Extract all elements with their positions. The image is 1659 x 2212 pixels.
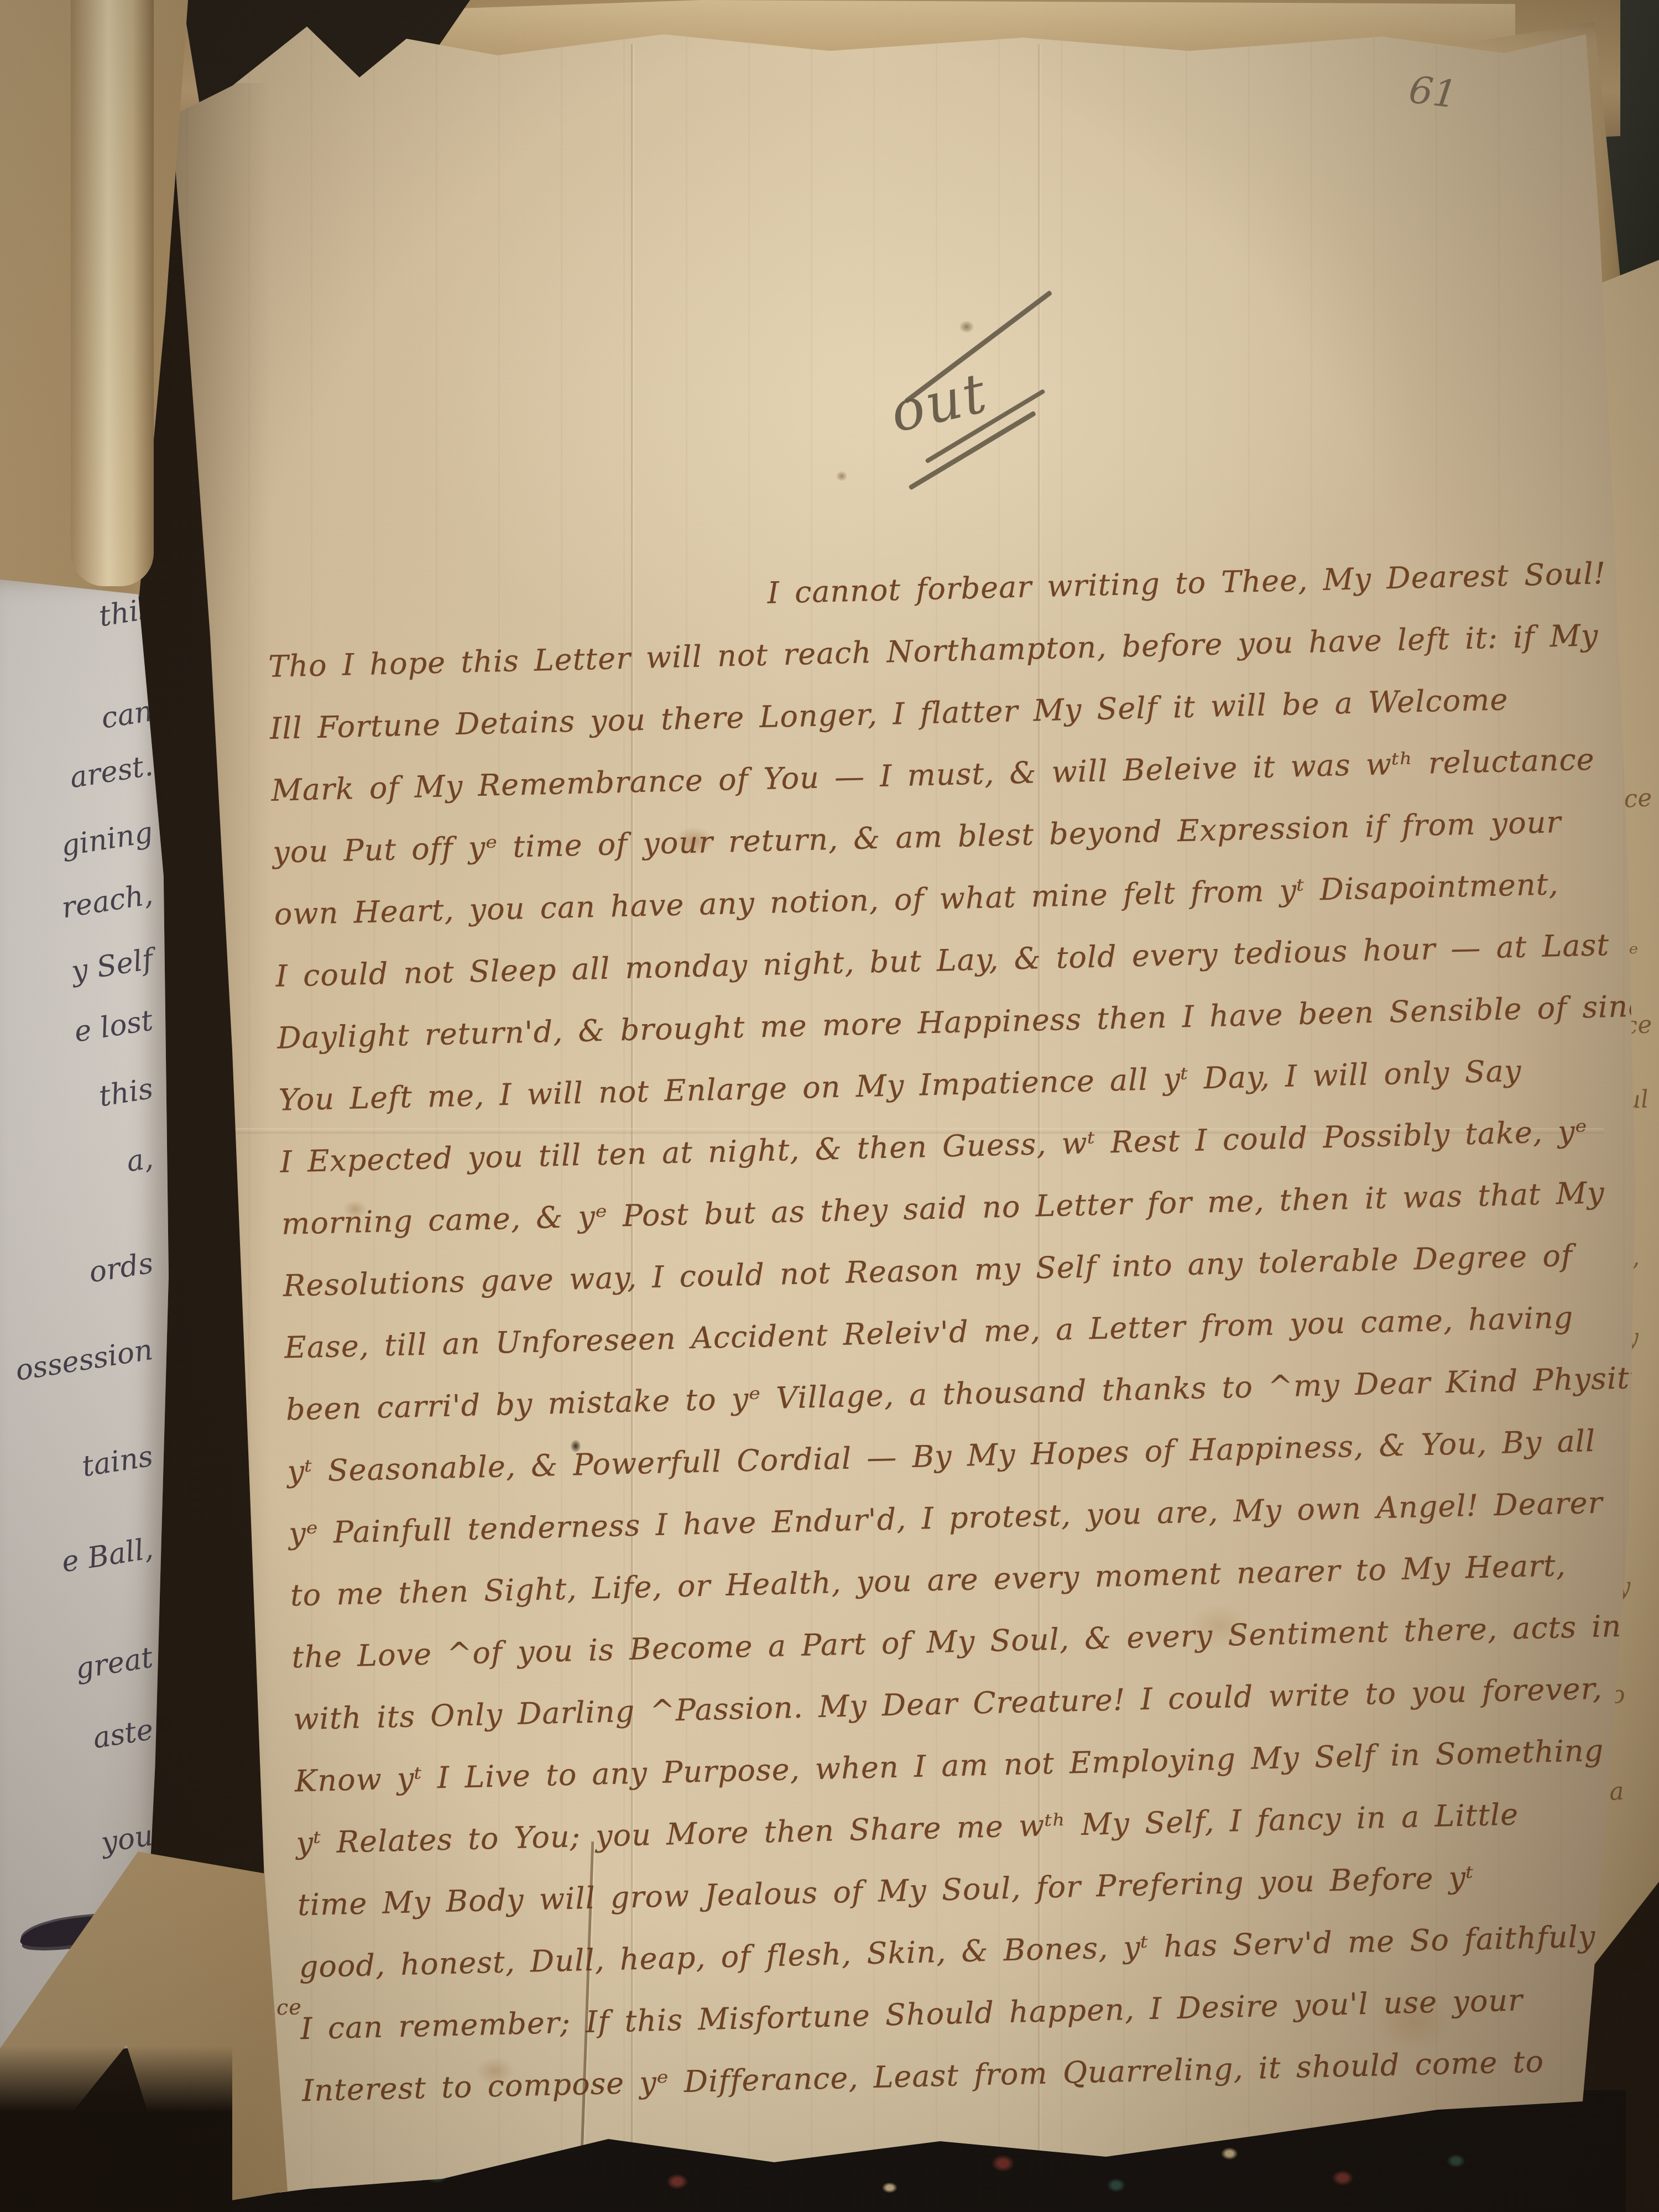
- left-page-fragment: a,: [124, 1142, 155, 1179]
- spot-stain: [836, 471, 847, 481]
- left-page-fragment: reach,: [60, 878, 155, 925]
- left-page-fragment: arest.: [67, 749, 155, 795]
- left-page-fragment: this: [97, 1072, 155, 1114]
- left-page-fragment: can: [99, 695, 155, 735]
- page-number: 61: [1407, 68, 1460, 117]
- curled-paper-edge: [71, 0, 154, 586]
- left-page-fragment: e lost: [72, 1004, 155, 1049]
- left-page-fragment: e Ball,: [59, 1532, 155, 1579]
- left-page-fragment: tains: [80, 1439, 155, 1483]
- left-page-fragment: this: [97, 592, 155, 634]
- left-page-fragment: aste: [91, 1713, 155, 1755]
- left-page-fragment: ords: [87, 1246, 155, 1289]
- adjacent-page-left: this can arest. gining reach, y Self e l…: [0, 580, 169, 2062]
- manuscript-photo: 'd ot ance on y yᵉ ance Soul n y ion, Sa…: [0, 0, 1659, 2212]
- left-page-fragment: great: [73, 1641, 155, 1686]
- dark-corner-bottom-left: [0, 2046, 232, 2212]
- left-page-fragment: ossession: [13, 1333, 155, 1387]
- left-page-fragment: gining: [59, 816, 155, 863]
- letter-text: I cannot forbear writing to Thee, My Dea…: [267, 555, 1659, 2136]
- left-page-fragment: y Self: [69, 943, 155, 988]
